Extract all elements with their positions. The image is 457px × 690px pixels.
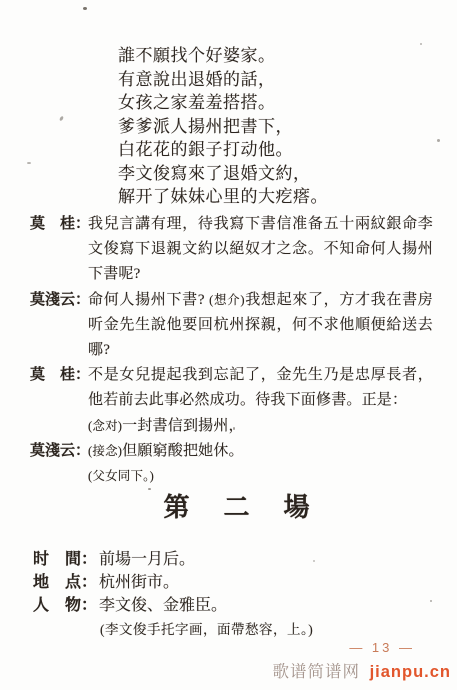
speaker-name: 莫 桂：: [30, 212, 88, 237]
verse-line: 白花花的銀子打动他。: [118, 138, 328, 162]
info-row: 人 物：李文俊、金雅臣。: [33, 594, 313, 617]
info-row: 地 点：杭州街市。: [33, 571, 313, 594]
page-number: — 13 —: [349, 640, 415, 655]
scan-speck: [430, 600, 432, 602]
info-value: 李文俊、金雅臣。: [99, 594, 227, 617]
dialogue-row: 莫淺云：(接念)但願窮酸把她休。(父女同下。): [30, 439, 433, 489]
dialogue-text: 我兒言講有理，待我寫下書信准备五十兩紋銀命李文俊寫下退親文約以絕奴才之念。不知命…: [88, 212, 433, 288]
verse-line: 李文俊寫來了退婚文約，: [118, 162, 328, 186]
info-label: 时 間：: [33, 548, 99, 571]
info-value: 前場一月后。: [99, 548, 195, 571]
dialogue-row: 莫淺云：命何人揚州下書? (想介)我想起來了，方才我在書房听金先生說他要回杭州探…: [30, 288, 433, 364]
dialogue-row: 莫 桂：我兒言講有理，待我寫下書信准备五十兩紋銀命李文俊寫下退親文約以絕奴才之念…: [30, 212, 433, 288]
dialogue-segment: 我兒言講有理，待我寫下書信准备五十兩紋銀命李文俊寫下退親文約以絕奴才之念。不知命…: [88, 216, 433, 282]
verse-line: 有意說出退婚的話，: [118, 68, 328, 92]
watermark-domain: jianpu.cn: [370, 663, 451, 681]
dialogue-segment: 一封書信到揚州，: [122, 418, 244, 434]
scan-speck: [313, 560, 315, 562]
dialogue-row: 莫 桂：不是女兒提起我到忘記了，金先生乃是忠厚長者，他若前去此事必然成功。待我下…: [30, 363, 433, 439]
dialogue-segment: 命何人揚州下書?: [88, 292, 209, 308]
info-label: 地 点：: [33, 571, 99, 594]
verse-line: 解开了妹妹心里的大疙瘩。: [118, 185, 328, 209]
dialogue-text: 命何人揚州下書? (想介)我想起來了，方才我在書房听金先生說他要回杭州探親，何不…: [88, 288, 433, 364]
verse-block: 誰不願找个好婆家。有意說出退婚的話，女孩之家羞羞搭搭。爹爹派人揚州把書下，白花花…: [118, 44, 328, 209]
dialogue-segment: 但願窮酸把她休。: [122, 443, 244, 459]
stage-direction-inline: (想介): [209, 293, 245, 307]
scene-heading: 第 二 場: [10, 487, 457, 524]
info-row: 时 間：前場一月后。: [33, 548, 313, 571]
info-value: 杭州街市。: [99, 571, 179, 594]
watermark-site-name: 歌谱简谱网: [272, 663, 360, 681]
scan-speck: [233, 427, 235, 430]
scan-speck: [437, 139, 440, 142]
scan-speck: [420, 43, 422, 45]
dialogue-text: 不是女兒提起我到忘記了，金先生乃是忠厚長者，他若前去此事必然成功。待我下面修書。…: [88, 363, 433, 439]
verse-line: 女孩之家羞羞搭搭。: [118, 91, 328, 115]
scan-speck: [148, 488, 151, 490]
speaker-name: 莫 桂：: [30, 363, 88, 388]
scan-speck: [27, 162, 31, 164]
stage-direction-inline: (接念): [88, 444, 122, 458]
script-page: 誰不願找个好婆家。有意說出退婚的話，女孩之家羞羞搭搭。爹爹派人揚州把書下，白花花…: [0, 0, 457, 690]
stage-direction: (李文俊手托字画，面帶愁容，上。): [100, 618, 313, 641]
info-label: 人 物：: [33, 594, 99, 617]
scene-info-block: 时 間：前場一月后。地 点：杭州街市。人 物：李文俊、金雅臣。(李文俊手托字画，…: [33, 548, 313, 641]
watermark: 歌谱简谱网 jianpu.cn: [272, 658, 451, 682]
dialogue-block: 莫 桂：我兒言講有理，待我寫下書信准备五十兩紋銀命李文俊寫下退親文約以絕奴才之念…: [30, 212, 433, 489]
dialogue-segment: 不是女兒提起我到忘記了，金先生乃是忠厚長者，他若前去此事必然成功。待我下面修書。…: [88, 367, 433, 408]
scan-speck: [59, 116, 64, 122]
verse-line: 誰不願找个好婆家。: [118, 44, 328, 68]
stage-direction-inline: (念对): [88, 419, 122, 433]
dialogue-text: (接念)但願窮酸把她休。(父女同下。): [88, 439, 433, 489]
verse-line: 爹爹派人揚州把書下，: [118, 115, 328, 139]
scan-speck: [83, 7, 87, 10]
speaker-name: 莫淺云：: [30, 288, 88, 313]
speaker-name: 莫淺云：: [30, 439, 88, 464]
stage-direction-inline: (父女同下。): [88, 469, 154, 483]
